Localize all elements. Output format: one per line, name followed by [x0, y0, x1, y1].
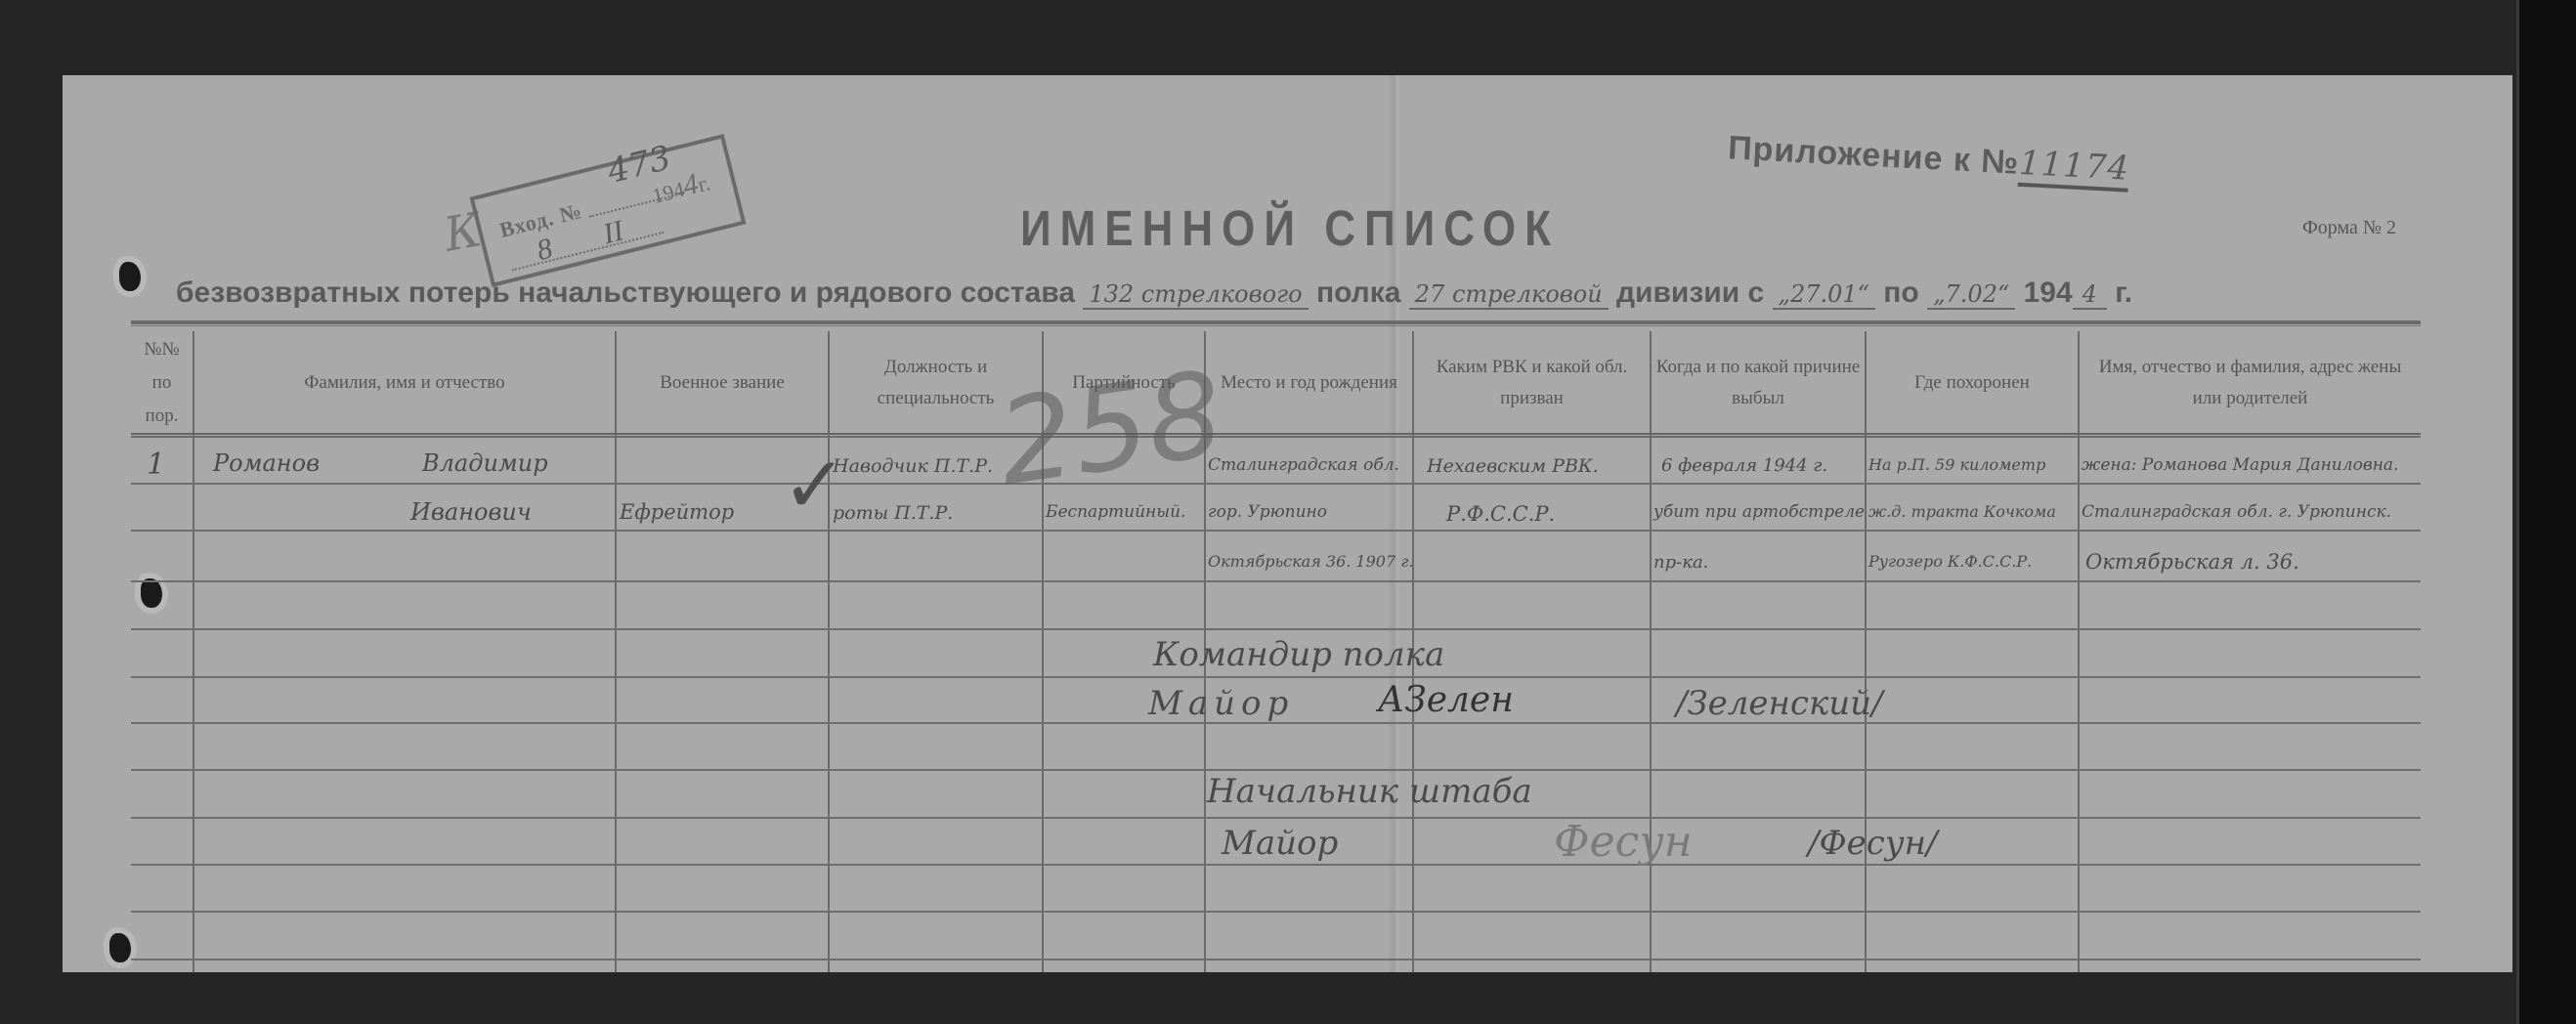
column-header-relatives: Имя, отчество и фамилия, адрес жены или …	[2080, 331, 2421, 435]
row-line	[131, 769, 2421, 771]
commander-title: Командир полка	[1153, 635, 1444, 674]
row-line	[131, 628, 2421, 630]
left-line-1: 6 февраля 1944 г.	[1661, 455, 1827, 476]
chief-of-staff-signature: Фесун	[1554, 817, 1693, 867]
row-line	[131, 483, 2421, 485]
given-name: Владимир	[422, 449, 548, 477]
draft-line-2: Р.Ф.С.С.Р.	[1446, 502, 1555, 526]
binding-hole	[119, 262, 141, 291]
row-number: 1	[147, 448, 165, 482]
draft-line-1: Нехаевским РВК.	[1427, 455, 1599, 477]
row-line	[131, 959, 2421, 960]
row-line	[131, 676, 2421, 678]
commander-signature: АЗелен	[1378, 680, 1514, 720]
row-line	[131, 864, 2421, 866]
chief-of-staff-title: Начальник штаба	[1207, 772, 1532, 811]
surname: Романов	[213, 449, 320, 477]
scanner-edge	[2516, 0, 2576, 1024]
buried-line-2: ж.д. тракта Кочкома	[1868, 502, 2056, 521]
chief-of-staff-name: /Фесун/	[1808, 824, 1937, 863]
division-field: 27 стрелковой	[1409, 280, 1609, 310]
column-header-rank: Военное звание	[617, 331, 828, 435]
form-number: Форма № 2	[2302, 217, 2396, 239]
commander-rank: Майор	[1148, 684, 1294, 723]
military-rank: Ефрейтор	[620, 500, 734, 524]
birth-line-3: Октябрьская 36. 1907 г.	[1208, 552, 1413, 571]
birth-line-1: Сталинградская обл.	[1208, 455, 1399, 475]
subtitle-double-rule	[131, 320, 2421, 326]
position-line-2: роты П.Т.Р.	[833, 502, 953, 524]
relative-line-1: жена: Романова Мария Даниловна.	[2082, 455, 2398, 475]
left-line-3: пр-ка.	[1653, 552, 1708, 573]
row-line	[131, 911, 2421, 913]
column-header-number: №№ по пор.	[131, 331, 193, 435]
date-to-field: „7.02“	[1927, 280, 2015, 310]
left-line-2: убит при артобстреле	[1653, 502, 1865, 522]
binding-hole	[141, 578, 162, 608]
column-header-left: Когда и по какой причине выбыл	[1652, 331, 1865, 435]
patronymic: Иванович	[410, 498, 532, 526]
document-subtitle: безвозвратных потерь начальствующего и р…	[176, 277, 2424, 310]
position-line-1: Наводчик П.Т.Р.	[833, 455, 993, 477]
column-header-draft: Каким РВК и какой обл. призван	[1414, 331, 1650, 435]
binding-hole	[109, 933, 131, 962]
row-line	[131, 817, 2421, 819]
check-mark: ✓	[782, 440, 847, 531]
relative-line-3: Октябрьская л. 36.	[2085, 550, 2299, 574]
buried-line-1: На р.П. 59 километр	[1868, 455, 2045, 474]
relative-line-2: Сталинградская обл. г. Урюпинск.	[2082, 502, 2391, 522]
chief-of-staff-rank: Майор	[1222, 824, 1338, 863]
column-header-name: Фамилия, имя и отчество	[194, 331, 615, 435]
date-from-field: „27.01“	[1773, 280, 1875, 310]
column-header-buried: Где похоронен	[1867, 331, 2078, 435]
commander-name: /Зеленский/	[1676, 684, 1883, 723]
birth-line-2: гор. Урюпино	[1208, 502, 1327, 522]
document-title: ИМЕННОЙ СПИСОК	[1016, 201, 1564, 258]
year-field: 4	[2073, 280, 2107, 310]
row-line	[131, 530, 2421, 532]
buried-line-3: Ругозеро К.Ф.С.С.Р.	[1868, 552, 2032, 571]
column-header-birth: Место и год рождения	[1206, 331, 1412, 435]
party-status: Беспартийный.	[1046, 502, 1185, 522]
regiment-field: 132 стрелкового	[1083, 280, 1308, 310]
row-line	[131, 580, 2421, 582]
